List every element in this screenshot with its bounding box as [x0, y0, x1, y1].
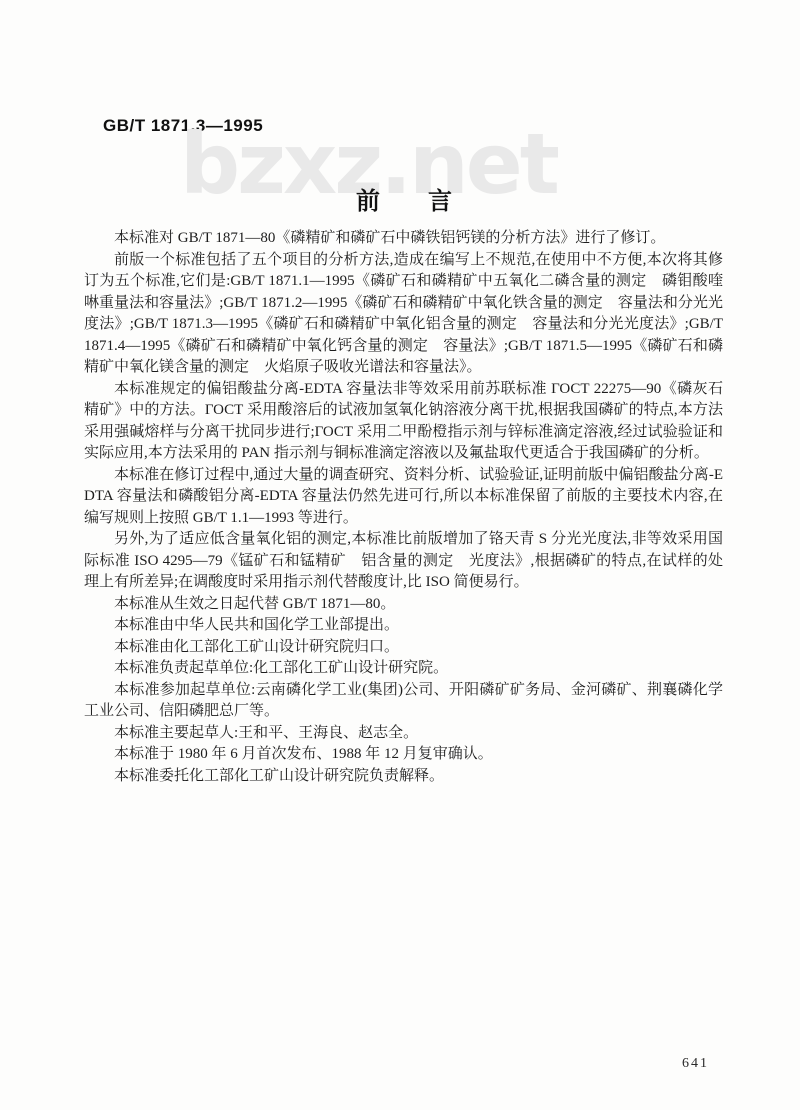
page-title: 前 言 — [84, 181, 724, 216]
document-page: GB/T 1871.3—1995 bzxz.net 前 言 本标准对 GB/T … — [0, 0, 800, 1110]
foreword-paragraph: 本标准参加起草单位:云南磷化学工业(集团)公司、开阳磷矿矿务局、金河磷矿、荆襄磷… — [84, 680, 723, 723]
foreword-paragraph: 本标准由中华人民共和国化学工业部提出。 — [84, 615, 723, 637]
foreword-body: 本标准对 GB/T 1871—80《磷精矿和磷矿石中磷铁铝钙镁的分析方法》进行了… — [84, 228, 723, 787]
foreword-paragraph: 本标准对 GB/T 1871—80《磷精矿和磷矿石中磷铁铝钙镁的分析方法》进行了… — [84, 228, 723, 250]
foreword-paragraph: 本标准委托化工部化工矿山设计研究院负责解释。 — [84, 766, 723, 788]
foreword-paragraph: 本标准由化工部化工矿山设计研究院归口。 — [84, 637, 723, 659]
foreword-paragraph: 本标准规定的偏铝酸盐分离-EDTA 容量法非等效采用前苏联标准 ГОСТ 222… — [84, 379, 723, 465]
foreword-paragraph: 本标准主要起草人:王和平、王海良、赵志全。 — [84, 723, 723, 745]
foreword-paragraph: 本标准负责起草单位:化工部化工矿山设计研究院。 — [84, 658, 723, 680]
foreword-paragraph: 另外,为了适应低含量氧化铝的测定,本标准比前版增加了铬天青 S 分光光度法,非等… — [84, 529, 723, 594]
foreword-paragraph: 前版一个标准包括了五个项目的分析方法,造成在编写上不规范,在使用中不方便,本次将… — [84, 250, 723, 379]
page-number: 641 — [682, 1056, 709, 1072]
foreword-paragraph: 本标准在修订过程中,通过大量的调查研究、资料分析、试验验证,证明前版中偏铝酸盐分… — [84, 465, 723, 530]
foreword-paragraph: 本标准从生效之日起代替 GB/T 1871—80。 — [84, 594, 723, 616]
foreword-paragraph: 本标准于 1980 年 6 月首次发布、1988 年 12 月复审确认。 — [84, 744, 723, 766]
